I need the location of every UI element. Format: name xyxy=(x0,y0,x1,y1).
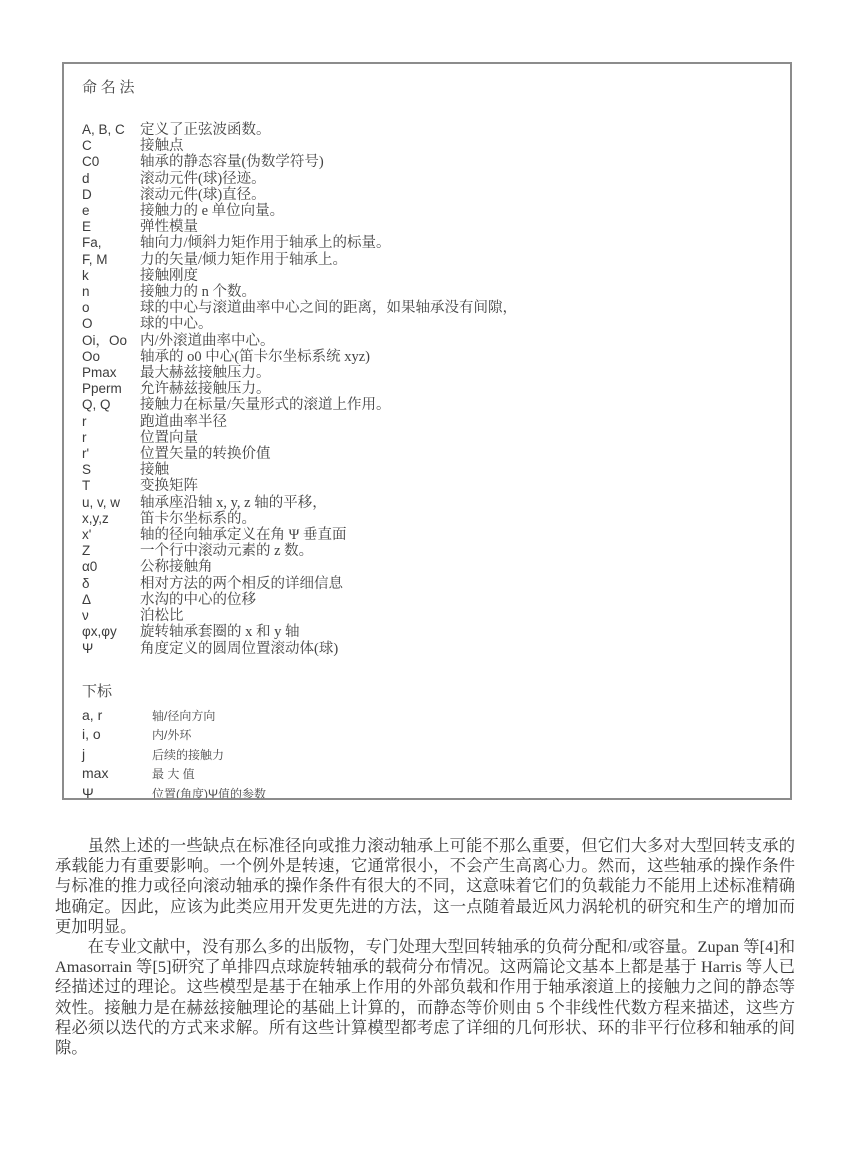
nomenclature-row: e 接触力的 e 单位向量。 xyxy=(82,203,770,219)
symbol: ν xyxy=(82,608,140,624)
symbol: E xyxy=(82,219,140,235)
nomenclature-row: Ψ 角度定义的圆周位置滚动体(球) xyxy=(82,641,770,657)
symbol-description: 轴承的静态容量(伪数学符号) xyxy=(140,154,324,170)
subscript-row: Ψ 位置(角度)Ψ值的参数 xyxy=(82,784,770,800)
subscripts-section: 下标 a, r 轴/径向方向 i, o 内/外环 j 后续的接触力 max 最 … xyxy=(82,683,770,800)
symbol: D xyxy=(82,187,140,203)
nomenclature-row: o 球的中心与滚道曲率中心之间的距离，如果轴承没有间隙， xyxy=(82,300,770,316)
symbol-description: 弹性模量 xyxy=(140,219,198,235)
symbol-description: 定义了正弦波函数。 xyxy=(140,122,271,138)
symbol-description: 变换矩阵 xyxy=(140,478,198,494)
nomenclature-row: Z 一个行中滚动元素的 z 数。 xyxy=(82,543,770,559)
symbol-description: 接触 xyxy=(140,462,169,478)
symbol-description: 相对方法的两个相反的详细信息 xyxy=(140,576,343,592)
symbol-description: 位置向量 xyxy=(140,430,198,446)
symbol-description: 球的中心与滚道曲率中心之间的距离，如果轴承没有间隙， xyxy=(140,300,517,316)
symbol: Z xyxy=(82,543,140,559)
nomenclature-row: O 球的中心。 xyxy=(82,316,770,332)
nomenclature-row: D 滚动元件(球)直径。 xyxy=(82,187,770,203)
symbol-description: 位置矢量的转换价值 xyxy=(140,446,271,462)
symbol-description: 轴的径向轴承定义在角 Ψ 垂直面 xyxy=(140,527,346,543)
symbol-description: 滚动元件(球)直径。 xyxy=(140,187,266,203)
nomenclature-row: Pperm 允许赫兹接触压力。 xyxy=(82,381,770,397)
nomenclature-row: ν 泊松比 xyxy=(82,608,770,624)
subscript-description: 内/外环 xyxy=(152,726,191,745)
nomenclature-row: C 接触点 xyxy=(82,138,770,154)
symbol: C xyxy=(82,138,140,154)
symbol-description: 公称接触角 xyxy=(140,559,213,575)
symbol-description: 笛卡尔坐标系的。 xyxy=(140,511,256,527)
symbol: δ xyxy=(82,576,140,592)
symbol: Δ xyxy=(82,592,140,608)
paragraph-2: 在专业文献中，没有那么多的出版物，专门处理大型回转轴承的负荷分配和/或容量。Zu… xyxy=(55,937,795,1058)
symbol-description: 接触力在标量/矢量形式的滚道上作用。 xyxy=(140,397,391,413)
nomenclature-row: C0 轴承的静态容量(伪数学符号) xyxy=(82,154,770,170)
nomenclature-row: k 接触刚度 xyxy=(82,268,770,284)
nomenclature-row: F, M 力的矢量/倾力矩作用于轴承上。 xyxy=(82,252,770,268)
symbol-description: 跑道曲率半径 xyxy=(140,414,227,430)
symbol: F, M xyxy=(82,252,140,268)
subscript-description: 后续的接触力 xyxy=(152,746,224,765)
subscript-description: 最 大 值 xyxy=(152,765,195,784)
nomenclature-row: φx,φy 旋转轴承套圈的 x 和 y 轴 xyxy=(82,624,770,640)
symbol-description: 接触力的 n 个数。 xyxy=(140,284,256,300)
nomenclature-box: 命 名 法 A, B, C 定义了正弦波函数。 C 接触点 C0 轴承的静态容量… xyxy=(62,62,792,800)
symbol-description: 力的矢量/倾力矩作用于轴承上。 xyxy=(140,252,347,268)
subscript-row: a, r 轴/径向方向 xyxy=(82,706,770,726)
subscript-description: 位置(角度)Ψ值的参数 xyxy=(152,785,266,800)
nomenclature-row: α0 公称接触角 xyxy=(82,559,770,575)
paragraph-1: 虽然上述的一些缺点在标准径向或推力滚动轴承上可能不那么重要，但它们大多对大型回转… xyxy=(55,836,795,937)
nomenclature-row: x,y,z 笛卡尔坐标系的。 xyxy=(82,511,770,527)
document-page: 命 名 法 A, B, C 定义了正弦波函数。 C 接触点 C0 轴承的静态容量… xyxy=(0,0,846,1155)
nomenclature-row: n 接触力的 n 个数。 xyxy=(82,284,770,300)
symbol-description: 轴承的 o0 中心(笛卡尔坐标系统 xyz) xyxy=(140,349,370,365)
subscript-symbol: i, o xyxy=(82,725,152,744)
nomenclature-row: r 跑道曲率半径 xyxy=(82,414,770,430)
subscript-description: 轴/径向方向 xyxy=(152,707,215,726)
symbol: Pmax xyxy=(82,365,140,381)
nomenclature-row: A, B, C 定义了正弦波函数。 xyxy=(82,122,770,138)
subscript-row: i, o 内/外环 xyxy=(82,725,770,745)
symbol-description: 旋转轴承套圈的 x 和 y 轴 xyxy=(140,624,300,640)
symbol-description: 最大赫兹接触压力。 xyxy=(140,365,271,381)
symbol: u, v, w xyxy=(82,495,140,511)
symbol: x' xyxy=(82,527,140,543)
subscript-symbol: a, r xyxy=(82,706,152,725)
symbol: r xyxy=(82,430,140,446)
nomenclature-row: Pmax 最大赫兹接触压力。 xyxy=(82,365,770,381)
symbol-description: 轴向力/倾斜力矩作用于轴承上的标量。 xyxy=(140,235,391,251)
subscript-symbol: max xyxy=(82,764,152,783)
symbol: Ψ xyxy=(82,641,140,657)
nomenclature-row: d 滚动元件(球)径迹。 xyxy=(82,171,770,187)
symbol-description: 滚动元件(球)径迹。 xyxy=(140,171,266,187)
symbol: Oo xyxy=(82,349,140,365)
symbol: α0 xyxy=(82,559,140,575)
symbol-description: 球的中心。 xyxy=(140,316,213,332)
subscript-symbol: Ψ xyxy=(82,784,152,800)
symbol: e xyxy=(82,203,140,219)
symbol: C0 xyxy=(82,154,140,170)
nomenclature-title: 命 名 法 xyxy=(82,78,770,98)
nomenclature-row: E 弹性模量 xyxy=(82,219,770,235)
subscript-row: j 后续的接触力 xyxy=(82,745,770,765)
subscripts-title: 下标 xyxy=(82,683,770,702)
symbol-description: 角度定义的圆周位置滚动体(球) xyxy=(140,641,338,657)
nomenclature-row: Oi，Oo 内/外滚道曲率中心。 xyxy=(82,333,770,349)
nomenclature-row: r 位置向量 xyxy=(82,430,770,446)
nomenclature-list: A, B, C 定义了正弦波函数。 C 接触点 C0 轴承的静态容量(伪数学符号… xyxy=(82,122,770,657)
symbol: Oi，Oo xyxy=(82,333,140,349)
symbol: Fa, xyxy=(82,235,140,251)
symbol: o xyxy=(82,300,140,316)
subscript-row: max 最 大 值 xyxy=(82,764,770,784)
body-text: 虽然上述的一些缺点在标准径向或推力滚动轴承上可能不那么重要，但它们大多对大型回转… xyxy=(55,836,795,1058)
symbol-description: 允许赫兹接触压力。 xyxy=(140,381,271,397)
symbol: d xyxy=(82,171,140,187)
symbol: O xyxy=(82,316,140,332)
symbol: φx,φy xyxy=(82,624,140,640)
nomenclature-row: T 变换矩阵 xyxy=(82,478,770,494)
symbol-description: 一个行中滚动元素的 z 数。 xyxy=(140,543,313,559)
nomenclature-row: Fa, 轴向力/倾斜力矩作用于轴承上的标量。 xyxy=(82,235,770,251)
nomenclature-row: x' 轴的径向轴承定义在角 Ψ 垂直面 xyxy=(82,527,770,543)
symbol: r xyxy=(82,414,140,430)
symbol: x,y,z xyxy=(82,511,140,527)
symbol-description: 轴承座沿轴 x, y, z 轴的平移， xyxy=(140,495,327,511)
nomenclature-row: δ 相对方法的两个相反的详细信息 xyxy=(82,576,770,592)
symbol: Q, Q xyxy=(82,397,140,413)
symbol: Pperm xyxy=(82,381,140,397)
symbol-description: 接触点 xyxy=(140,138,184,154)
subscripts-list: a, r 轴/径向方向 i, o 内/外环 j 后续的接触力 max 最 大 值… xyxy=(82,706,770,800)
nomenclature-row: u, v, w 轴承座沿轴 x, y, z 轴的平移， xyxy=(82,495,770,511)
nomenclature-row: Q, Q 接触力在标量/矢量形式的滚道上作用。 xyxy=(82,397,770,413)
nomenclature-row: S 接触 xyxy=(82,462,770,478)
symbol-description: 接触力的 e 单位向量。 xyxy=(140,203,284,219)
symbol: S xyxy=(82,462,140,478)
symbol: T xyxy=(82,478,140,494)
symbol: k xyxy=(82,268,140,284)
nomenclature-row: Δ 水沟的中心的位移 xyxy=(82,592,770,608)
nomenclature-row: Oo 轴承的 o0 中心(笛卡尔坐标系统 xyz) xyxy=(82,349,770,365)
symbol-description: 接触刚度 xyxy=(140,268,198,284)
subscript-symbol: j xyxy=(82,745,152,764)
symbol-description: 泊松比 xyxy=(140,608,184,624)
symbol: r' xyxy=(82,446,140,462)
symbol-description: 内/外滚道曲率中心。 xyxy=(140,333,275,349)
symbol: n xyxy=(82,284,140,300)
symbol-description: 水沟的中心的位移 xyxy=(140,592,256,608)
nomenclature-row: r' 位置矢量的转换价值 xyxy=(82,446,770,462)
symbol: A, B, C xyxy=(82,122,140,138)
